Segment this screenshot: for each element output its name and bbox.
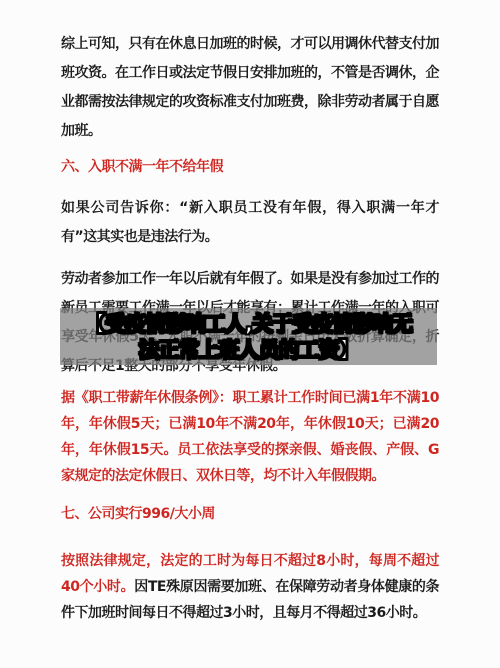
paragraph-overtime-summary: 综上可知，只有在休息日加班的时候，才可以用调休代替支付加班攻资。在工作日或法定节…: [61, 30, 439, 146]
paragraph-company-claim: 如果公司告诉你：“新入职员工没有年假，得入职满一年才有”这其实也是违法行为。: [61, 194, 439, 252]
heading-six-annual-leave: 六、入职不满一年不给年假: [61, 153, 439, 182]
paragraph-leave-regulation: 据《职工带薪年休假条例》：职工累计工作时间已满1年不满10年，年休假5天；已满1…: [61, 385, 439, 489]
paragraph-working-hours: 按照法律规定，法定的工时为每日不超过8小时，每周不超过40个小时。因TE殊原因需…: [61, 548, 439, 626]
caption-line-1: 【受疫情影响工人,关于受疫情影响无: [85, 311, 412, 337]
heading-seven-996: 七、公司实行996/大小周: [61, 500, 439, 529]
article-page: 综上可知，只有在休息日加班的时候，才可以用调休代替支付加班攻资。在工作日或法定节…: [0, 0, 500, 668]
caption-line-2: 法正常上班人员的工资】: [139, 337, 359, 363]
video-caption-overlay: 【受疫情影响工人,关于受疫情影响无 法正常上班人员的工资】: [60, 308, 437, 365]
